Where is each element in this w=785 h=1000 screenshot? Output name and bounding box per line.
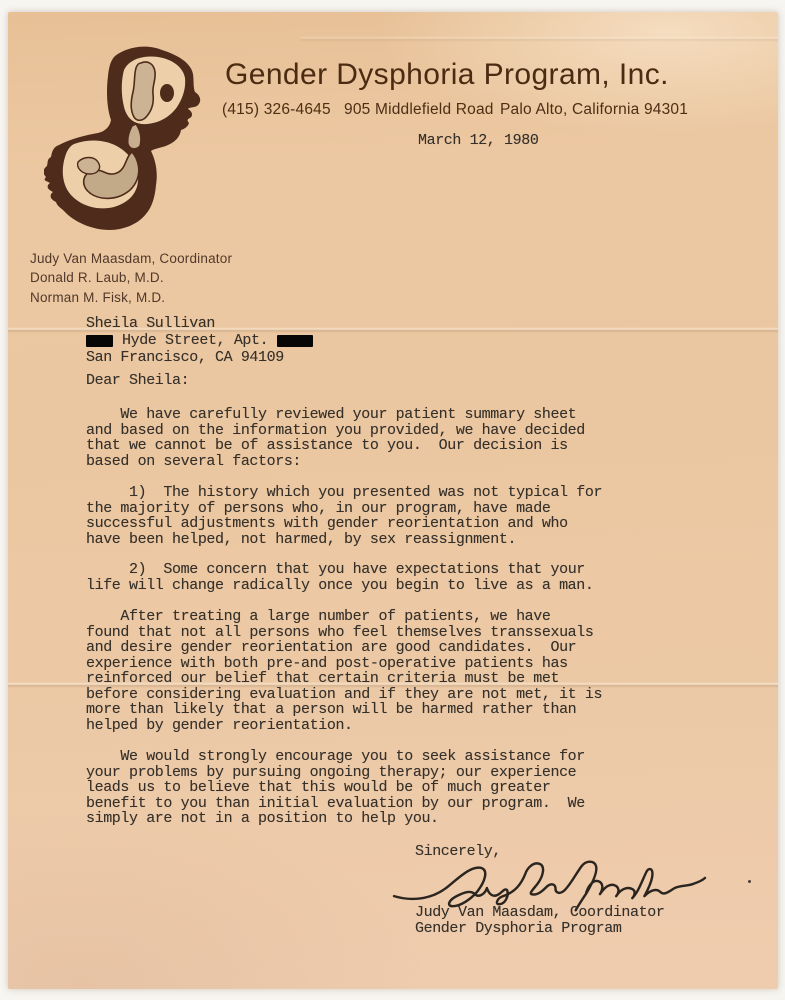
ink-speck xyxy=(748,880,751,883)
recipient-city-line: San Francisco, CA 94109 xyxy=(86,349,313,366)
letterhead-city-state-zip: Palo Alto, California 94301 xyxy=(500,101,688,119)
staff-member-coordinator: Judy Van Maasdam, Coordinator xyxy=(30,249,232,268)
recipient-street-text: Hyde Street, Apt. xyxy=(122,332,268,349)
program-logo xyxy=(44,46,216,238)
body-paragraph-4: We would strongly encourage you to seek … xyxy=(86,749,686,827)
redaction-bar-house-number xyxy=(86,335,113,347)
staff-member-laub: Donald R. Laub, M.D. xyxy=(30,268,232,287)
organization-name: Gender Dysphoria Program, Inc. xyxy=(225,58,669,92)
letterhead-phone: (415) 326-4645 xyxy=(222,101,331,119)
recipient-street-line: Hyde Street, Apt. xyxy=(86,332,313,349)
recipient-name: Sheila Sullivan xyxy=(86,315,313,332)
staff-member-fisk: Norman M. Fisk, M.D. xyxy=(30,288,232,307)
letter-date: March 12, 1980 xyxy=(418,133,538,149)
intertwined-profiles-icon xyxy=(44,46,216,238)
recipient-address-block: Sheila Sullivan Hyde Street, Apt. San Fr… xyxy=(86,315,313,367)
body-paragraph-3: After treating a large number of patient… xyxy=(86,609,686,733)
redaction-bar-apartment xyxy=(277,335,313,347)
staff-list: Judy Van Maasdam, Coordinator Donald R. … xyxy=(30,249,232,307)
signer-org-line: Gender Dysphoria Program xyxy=(415,921,621,937)
signer-name-line: Judy Van Maasdam, Coordinator xyxy=(415,905,664,921)
body-numbered-item-1: 1) The history which you presented was n… xyxy=(86,485,686,547)
fold-crease-faint xyxy=(301,36,778,42)
letterhead-street: 905 Middlefield Road xyxy=(344,101,494,119)
scanned-letter-canvas: Gender Dysphoria Program, Inc. (415) 326… xyxy=(0,0,785,1000)
salutation: Dear Sheila: xyxy=(86,373,189,389)
letter-paper: Gender Dysphoria Program, Inc. (415) 326… xyxy=(8,12,778,989)
body-numbered-item-2: 2) Some concern that you have expectatio… xyxy=(86,562,686,593)
body-paragraph-1: We have carefully reviewed your patient … xyxy=(86,407,686,469)
